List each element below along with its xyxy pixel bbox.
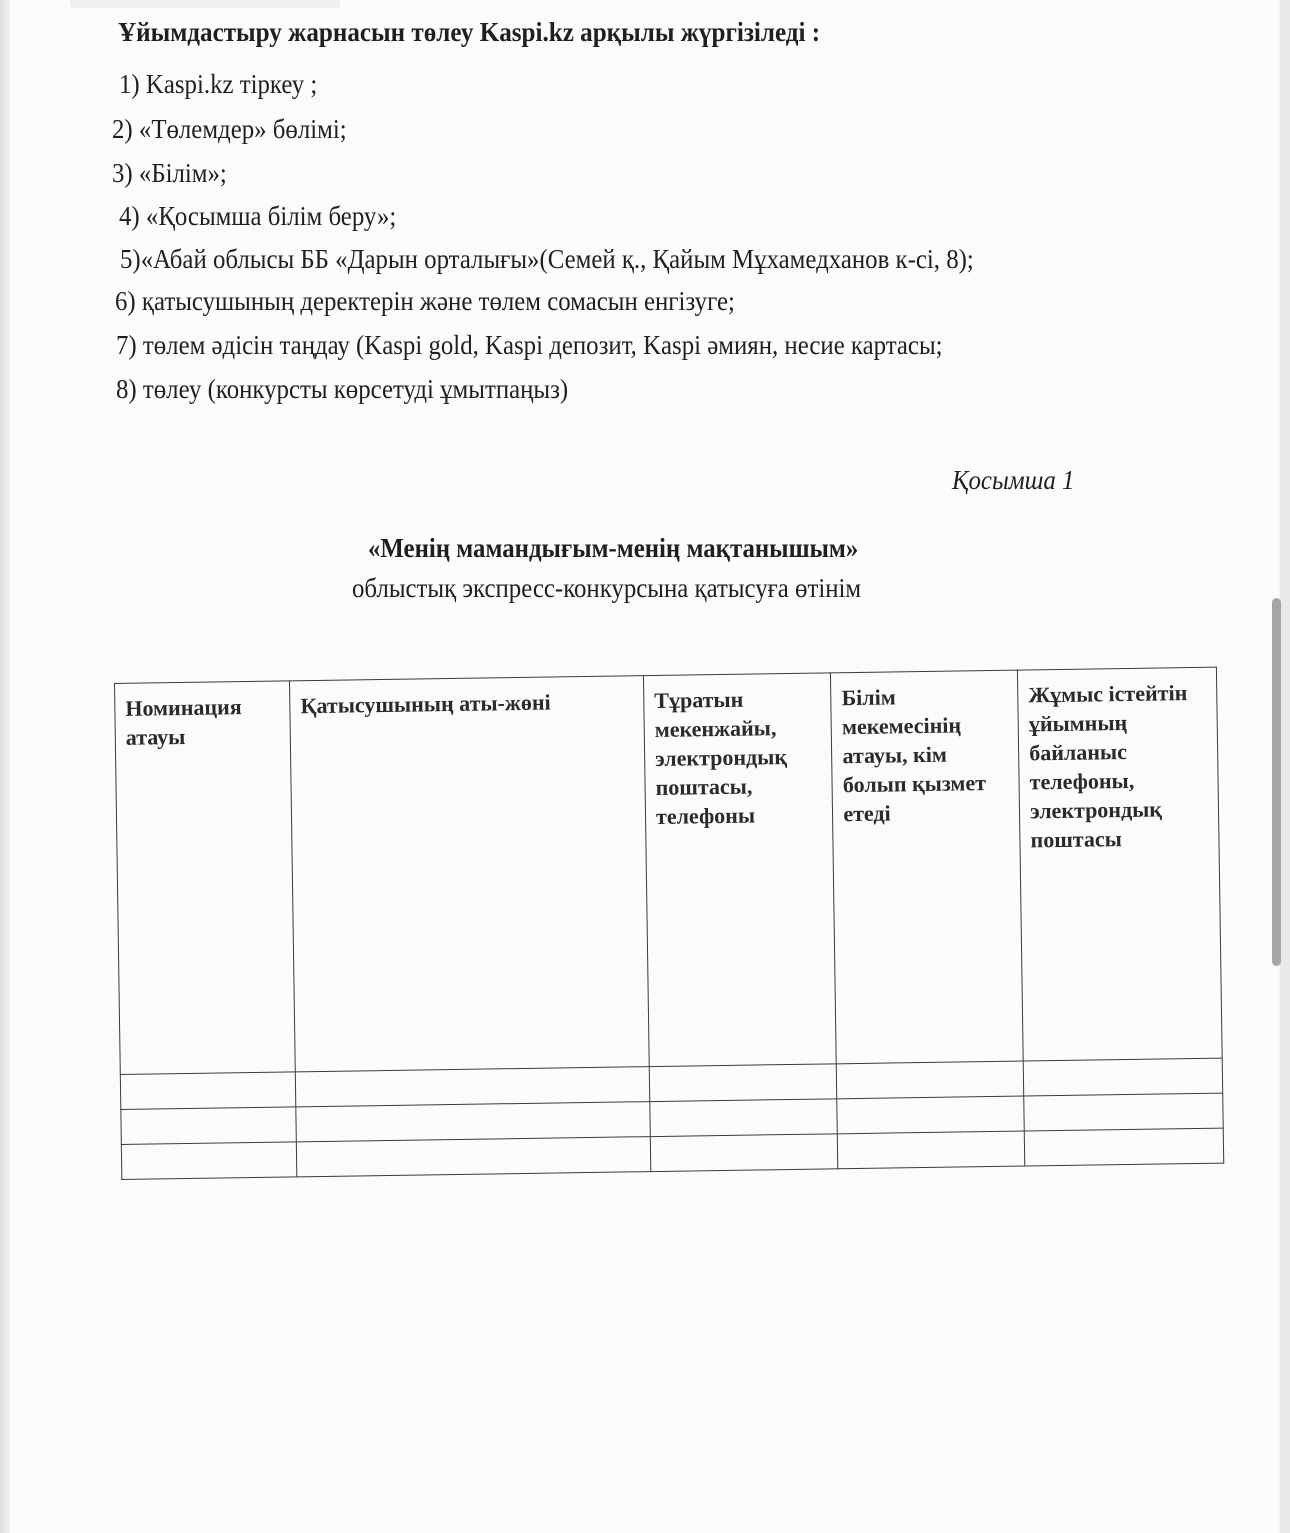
table-cell [837, 1061, 1024, 1099]
document-page: Ұйымдастыру жарнасын төлеу Kaspi.kz арқы… [0, 0, 1280, 1533]
application-table: Номинация атауы Қатысушының аты-жөні Тұр… [114, 667, 1224, 1180]
table-cell [837, 1096, 1024, 1134]
table-cell [296, 1102, 650, 1142]
step-2: 2) «Төлемдер» бөлімі; [112, 113, 347, 145]
step-8: 8) төлеу (конкурсты көрсетуді ұмытпаңыз) [116, 373, 568, 405]
table-cell [297, 1137, 651, 1177]
step-6: 6) қатысушының деректерін және төлем сом… [115, 285, 735, 317]
step-4: 4) «Қосымша білім беру»; [119, 200, 396, 232]
column-header-work-contacts: Жұмыс істейтін ұйымның байланыс телефоны… [1018, 667, 1223, 1061]
table-cell [121, 1107, 297, 1145]
table-cell [650, 1134, 838, 1172]
form-title: «Менің мамандығым-менің мақтанышым» [368, 533, 858, 564]
step-1: 1) Kaspi.kz тіркеу ; [119, 68, 317, 100]
step-3: 3) «Білім»; [112, 157, 227, 189]
table-cell [650, 1099, 838, 1137]
step-5: 5)«Абай облысы ББ «Дарын орталығы»(Семей… [120, 243, 974, 275]
column-header-nomination: Номинация атауы [115, 681, 296, 1075]
table-cell [1024, 1128, 1223, 1166]
payment-heading: Ұйымдастыру жарнасын төлеу Kaspi.kz арқы… [118, 16, 820, 48]
table-cell [1024, 1093, 1223, 1131]
table-cell [120, 1072, 296, 1110]
form-subtitle: облыстық экспресс-конкурсына қатысуға өт… [352, 573, 861, 604]
column-header-participant-name: Қатысушының аты-жөні [290, 676, 650, 1072]
appendix-label: Қосымша 1 [952, 465, 1074, 496]
table-cell [838, 1131, 1025, 1169]
column-header-address-contacts: Тұратын мекенжайы, электрондық поштасы, … [643, 673, 836, 1067]
step-7: 7) төлем әдісін таңдау (Kaspi gold, Kasp… [116, 329, 943, 361]
vertical-scrollbar-thumb[interactable] [1272, 598, 1281, 966]
table-cell [649, 1064, 837, 1102]
table-cell [295, 1067, 649, 1107]
table-cell [121, 1142, 297, 1180]
table-cell [1023, 1058, 1222, 1096]
column-header-institution-position: Білім мекемесінің атауы, кім болып қызме… [831, 670, 1024, 1064]
